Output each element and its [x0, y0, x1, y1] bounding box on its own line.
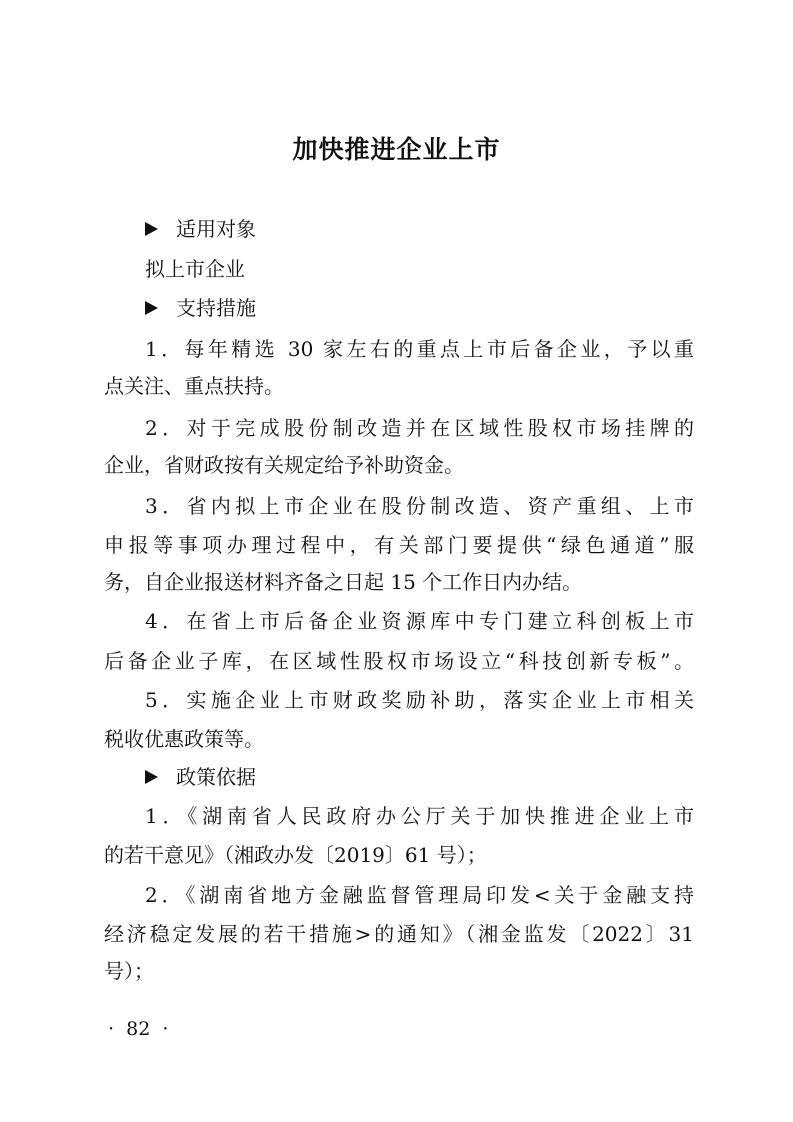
arrow-bullet-icon	[145, 301, 158, 315]
paragraph-line: 2．对于完成股份制改造并在区域性股权市场挂牌的	[145, 415, 694, 441]
paragraph-line: 后备企业子库，在区域性股权市场设立“科技创新专板”。	[104, 648, 694, 674]
paragraph-line: 税收优惠政策等。	[104, 726, 694, 752]
paragraph-line: 拟上市企业	[145, 256, 694, 282]
document-page: 加快推进企业上市 适用对象 拟上市企业 支持措施 1．每年精选 30 家左右的重…	[0, 0, 793, 1122]
paragraph-line: 点关注、重点扶持。	[104, 373, 694, 399]
arrow-bullet-icon	[145, 770, 158, 784]
section-heading-support-measures: 支持措施	[145, 295, 256, 321]
paragraph-line: 5．实施企业上市财政奖励补助，落实企业上市相关	[145, 687, 694, 713]
paragraph-line: 1．每年精选 30 家左右的重点上市后备企业，予以重	[145, 336, 694, 362]
paragraph-line: 1．《湖南省人民政府办公厅关于加快推进企业上市	[145, 803, 694, 829]
section-heading-label: 政策依据	[176, 765, 256, 789]
paragraph-line: 3．省内拟上市企业在股份制改造、资产重组、上市	[145, 493, 694, 519]
paragraph-line: 企业，省财政按有关规定给予补助资金。	[104, 452, 694, 478]
section-heading-label: 支持措施	[176, 296, 256, 320]
paragraph-line: 申报等事项办理过程中，有关部门要提供“绿色通道”服	[104, 532, 694, 558]
paragraph-line: 4．在省上市后备企业资源库中专门建立科创板上市	[145, 608, 694, 634]
page-title: 加快推进企业上市	[0, 130, 793, 166]
arrow-bullet-icon	[145, 222, 158, 236]
page-number: · 82 ·	[108, 1018, 168, 1040]
section-heading-label: 适用对象	[176, 217, 256, 241]
paragraph-line: 2．《湖南省地方金融监督管理局印发<关于金融支持	[145, 882, 694, 908]
paragraph-line: 号）；	[104, 958, 694, 984]
paragraph-line: 务，自企业报送材料齐备之日起 15 个工作日内办结。	[104, 569, 694, 595]
section-heading-applicable-target: 适用对象	[145, 216, 256, 242]
paragraph-line: 的若干意见》（湘政办发〔2019〕61 号）；	[104, 842, 694, 868]
section-heading-policy-basis: 政策依据	[145, 764, 256, 790]
paragraph-line: 经济稳定发展的若干措施>的通知》（湘金监发〔2022〕31	[104, 921, 694, 947]
